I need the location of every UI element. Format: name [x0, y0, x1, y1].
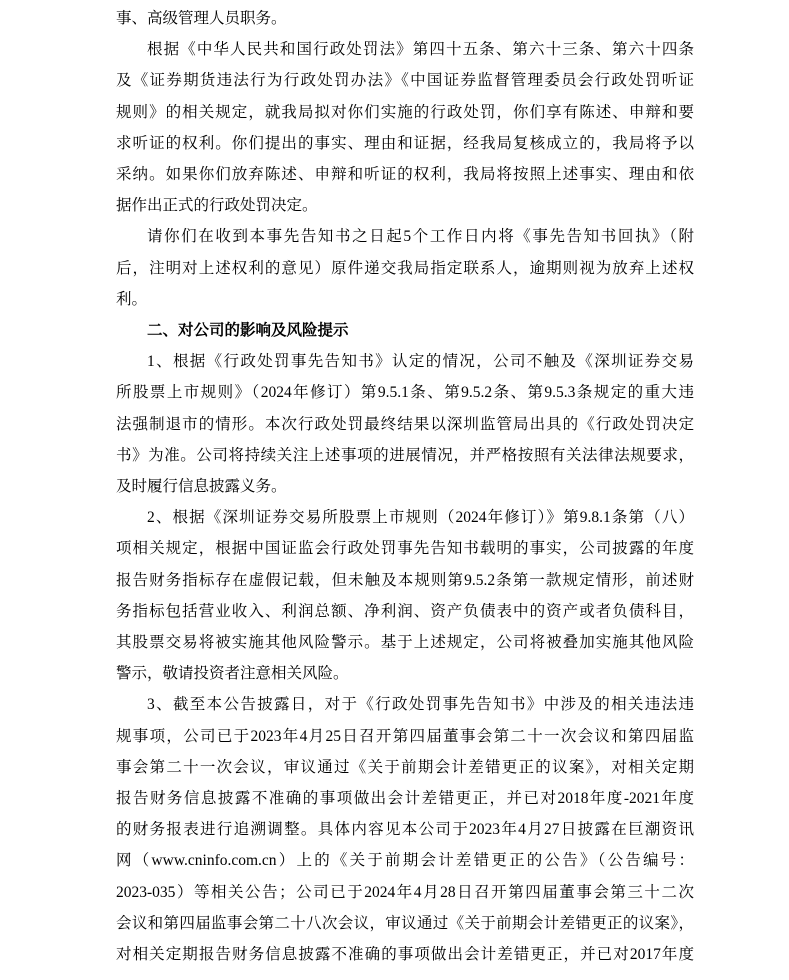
- text-line: 事、高级管理人员职务。: [116, 3, 694, 34]
- text-line: 规事项，公司已于2023年4月25日召开第四届董事会第二十一次会议和第四届监: [116, 721, 694, 752]
- text-line: 1、根据《行政处罚事先告知书》认定的情况，公司不触及《深圳证券交易: [116, 346, 694, 377]
- text-line: 会议和第四届监事会第二十八次会议，审议通过《关于前期会计差错更正的议案》，: [116, 908, 694, 939]
- text-line: 项相关规定，根据中国证监会行政处罚事先告知书载明的事实，公司披露的年度: [116, 533, 694, 564]
- text-line: 务指标包括营业收入、利润总额、净利润、资产负债表中的资产或者负债科目，: [116, 596, 694, 627]
- text-line: 警示，敬请投资者注意相关风险。: [116, 658, 694, 689]
- text-line: 的财务报表进行追溯调整。具体内容见本公司于2023年4月27日披露在巨潮资讯: [116, 814, 694, 845]
- text-line: 利。: [116, 284, 694, 315]
- text-line: 对相关定期报告财务信息披露不准确的事项做出会计差错更正，并已对2017年度: [116, 939, 694, 970]
- text-line: 报告财务指标存在虚假记载，但未触及本规则第9.5.2条第一款规定情形，前述财: [116, 565, 694, 596]
- text-line: 规则》的相关规定，就我局拟对你们实施的行政处罚，你们享有陈述、申辩和要: [116, 97, 694, 128]
- text-line: 其股票交易将被实施其他风险警示。基于上述规定，公司将被叠加实施其他风险: [116, 627, 694, 658]
- text-line: 所股票上市规则》（2024年修订）第9.5.1条、第9.5.2条、第9.5.3条…: [116, 377, 694, 408]
- text-line: 事会第二十一次会议，审议通过《关于前期会计差错更正的议案》，对相关定期: [116, 752, 694, 783]
- text-line: 据作出正式的行政处罚决定。: [116, 190, 694, 221]
- text-line: 后，注明对上述权利的意见）原件递交我局指定联系人，逾期则视为放弃上述权: [116, 253, 694, 284]
- text-line: 法强制退市的情形。本次行政处罚最终结果以深圳监管局出具的《行政处罚决定: [116, 409, 694, 440]
- text-line: 网（www.cninfo.com.cn）上的《关于前期会计差错更正的公告》（公告…: [116, 845, 694, 876]
- text-line: 及时履行信息披露义务。: [116, 471, 694, 502]
- text-line: 采纳。如果你们放弃陈述、申辩和听证的权利，我局将按照上述事实、理由和依: [116, 159, 694, 190]
- document-body: 事、高级管理人员职务。根据《中华人民共和国行政处罚法》第四十五条、第六十三条、第…: [116, 3, 694, 970]
- text-line: 报告财务信息披露不准确的事项做出会计差错更正，并已对2018年度-2021年度: [116, 783, 694, 814]
- text-line: 请你们在收到本事先告知书之日起5个工作日内将《事先告知书回执》（附: [116, 221, 694, 252]
- text-line: 2、根据《深圳证券交易所股票上市规则（2024年修订）》第9.8.1条第（八）: [116, 502, 694, 533]
- text-line: 根据《中华人民共和国行政处罚法》第四十五条、第六十三条、第六十四条: [116, 34, 694, 65]
- document-page: 事、高级管理人员职务。根据《中华人民共和国行政处罚法》第四十五条、第六十三条、第…: [0, 0, 789, 980]
- text-line: 2023-035）等相关公告；公司已于2024年4月28日召开第四届董事会第三十…: [116, 877, 694, 908]
- text-line: 3、截至本公告披露日，对于《行政处罚事先告知书》中涉及的相关违法违: [116, 689, 694, 720]
- section-heading: 二、对公司的影响及风险提示: [116, 315, 694, 346]
- text-line: 求听证的权利。你们提出的事实、理由和证据，经我局复核成立的，我局将予以: [116, 128, 694, 159]
- text-line: 书》为准。公司将持续关注上述事项的进展情况，并严格按照有关法律法规要求，: [116, 440, 694, 471]
- text-line: 及《证券期货违法行为行政处罚办法》《中国证券监督管理委员会行政处罚听证: [116, 65, 694, 96]
